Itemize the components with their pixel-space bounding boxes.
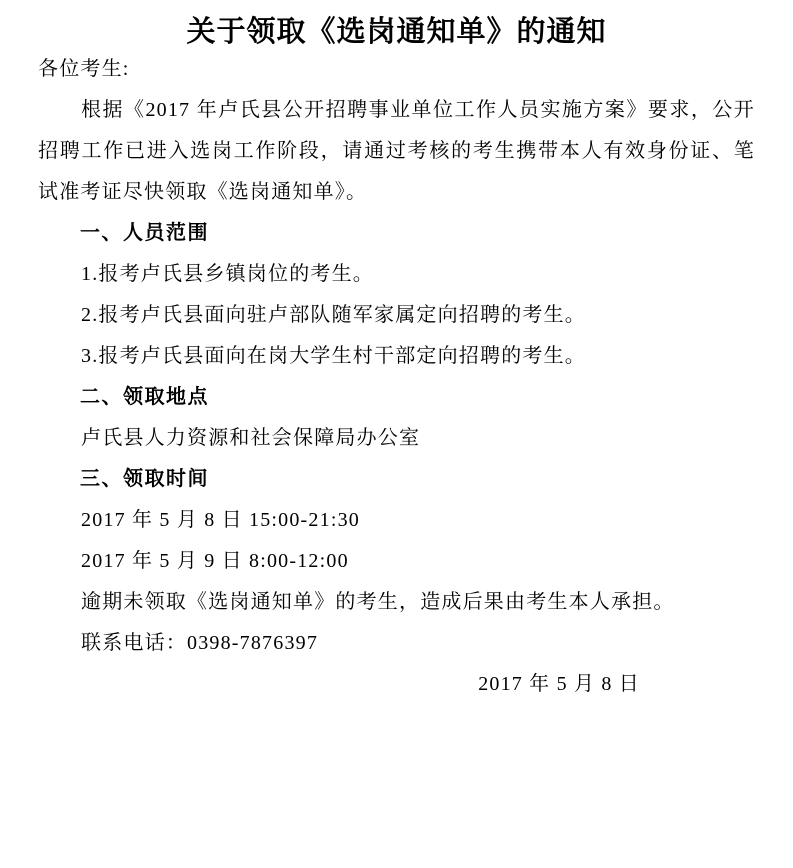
scope-item-1: 1.报考卢氏县乡镇岗位的考生。 bbox=[38, 254, 755, 295]
section-heading-time: 三、领取时间 bbox=[38, 459, 755, 500]
notice-title: 关于领取《选岗通知单》的通知 bbox=[0, 0, 793, 49]
contact-phone-line: 联系电话：0398-7876397 bbox=[38, 623, 755, 664]
intro-paragraph: 根据《2017 年卢氏县公开招聘事业单位工作人员实施方案》要求，公开招聘工作已进… bbox=[38, 90, 755, 213]
scope-item-3: 3.报考卢氏县面向在岗大学生村干部定向招聘的考生。 bbox=[38, 336, 755, 377]
time-slot-2: 2017 年 5 月 9 日 8:00-12:00 bbox=[38, 541, 755, 582]
location-line: 卢氏县人力资源和社会保障局办公室 bbox=[38, 418, 755, 459]
issue-date: 2017 年 5 月 8 日 bbox=[38, 664, 755, 705]
section-heading-scope: 一、人员范围 bbox=[38, 213, 755, 254]
closing-line: 逾期未领取《选岗通知单》的考生，造成后果由考生本人承担。 bbox=[38, 582, 755, 623]
section-heading-location: 二、领取地点 bbox=[38, 377, 755, 418]
salutation: 各位考生: bbox=[38, 49, 755, 90]
notice-body: 各位考生: 根据《2017 年卢氏县公开招聘事业单位工作人员实施方案》要求，公开… bbox=[38, 49, 755, 705]
notice-page: 关于领取《选岗通知单》的通知 各位考生: 根据《2017 年卢氏县公开招聘事业单… bbox=[0, 0, 793, 868]
scope-item-2: 2.报考卢氏县面向驻卢部队随军家属定向招聘的考生。 bbox=[38, 295, 755, 336]
time-slot-1: 2017 年 5 月 8 日 15:00-21:30 bbox=[38, 500, 755, 541]
